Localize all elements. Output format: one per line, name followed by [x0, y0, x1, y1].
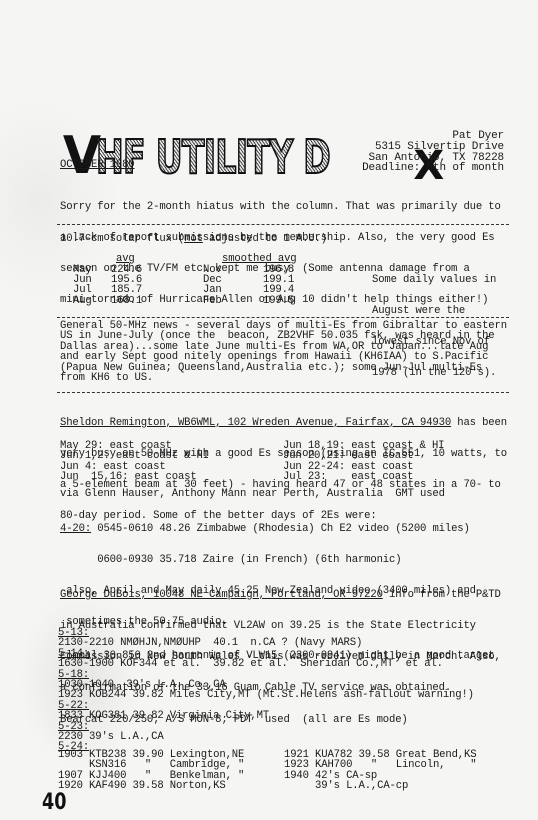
text-line: 4-20: 0545-0610 48.26 Zimbabwe (Rhodesia…	[60, 524, 495, 534]
text-line: Sheldon Remington, WB6WML, 102 Wreden Av…	[60, 418, 507, 428]
table-row: Aug168.1	[73, 296, 142, 306]
text: info from the P&TD	[383, 589, 501, 601]
contributor-address: Sheldon Remington, WB6WML, 102 Wreden Av…	[60, 417, 451, 429]
logo-middle: HF UTILITY D	[96, 136, 330, 178]
address-line: 5315 Silvertip Drive	[362, 142, 504, 153]
avg-header: avg	[116, 254, 135, 264]
text: adjusted to 1 A.U.)	[203, 233, 327, 245]
text: 10.7-cm solar flux (	[60, 233, 184, 245]
log-524-left: 1903 KTB238 39.90 Lexington,NE KSN316 " …	[58, 750, 244, 792]
solar-flux-title: 10.7-cm solar flux (not adjusted to 1 A.…	[60, 234, 327, 244]
es-days-left: May 29: east coastJun 1,2: east coast & …	[60, 441, 209, 483]
log-524-right: 1921 KUA782 39.58 Great Bend,KS1923 KAH7…	[284, 750, 476, 792]
editor-address: Pat Dyer 5315 Silvertip Drive San Antoni…	[362, 131, 504, 174]
text-line: Jul 23: east coast	[283, 472, 444, 482]
address-line: Deadline: 5th of month	[362, 163, 504, 174]
text-line: 0600-0930 35.718 Zaire (in French) (6th …	[60, 555, 495, 565]
table-row: Feb199.5	[203, 296, 294, 306]
logo-v: V	[63, 134, 96, 178]
log-entry: 1923 KOB244 39.82 Miles City,MT (Mt.St.H…	[58, 690, 474, 700]
section-divider	[57, 392, 509, 393]
general-news-paragraph: General 50-MHz news - several days of mu…	[60, 321, 507, 383]
avg-table: May224.6Jun195.6Jul185.7Aug168.1	[73, 265, 142, 306]
month-cell: Aug	[73, 296, 111, 306]
text: not	[184, 233, 203, 245]
log-entry: 1630-1900 KOF344 et al. 39.82 et al. She…	[58, 659, 474, 669]
text-line: Some daily values in	[372, 275, 496, 285]
text-line: 39's L.A.,CA-cp	[284, 781, 476, 791]
newsletter-page: V HF UTILITY D X Pat Dyer 5315 Silvertip…	[0, 0, 538, 820]
text-line: August were the	[372, 306, 496, 316]
hauser-line: via Glenn Hauser, Anthony Mann near Pert…	[60, 489, 445, 499]
text: has been	[451, 417, 507, 429]
text-line: George DuBois, 10048 NE Campaign, Portla…	[60, 590, 501, 600]
section-divider	[57, 317, 509, 318]
text-line: 1920 KAF490 39.58 Norton,KS	[58, 781, 244, 791]
log-entry: 2230 39's L.A.,CA	[58, 732, 474, 742]
issue-date: OCTOBER 1980	[60, 160, 135, 170]
smoothed-avg-header: smoothed avg	[222, 254, 297, 264]
text: 0545-0610 48.26 Zimbabwe (Rhodesia) Ch E…	[91, 523, 470, 535]
log-entries: 5-13:2130-2210 NMØHJN,NMØUHP 40.1 n.CA ?…	[58, 628, 474, 753]
es-days-right: Jun 18,19: east coast & HIJun 20,21: eas…	[283, 441, 444, 483]
log-entry: 2130-2210 NMØHJN,NMØUHP 40.1 n.CA ? (Nav…	[58, 638, 474, 648]
page-number: 40	[42, 790, 67, 815]
section-divider	[57, 224, 509, 225]
text-line: Jun 15,16: east coast	[60, 472, 209, 482]
log-date: 4-20:	[60, 523, 91, 535]
smoothed-avg-table: Nov196.8Dec199.1Jan199.4Feb199.5	[203, 265, 294, 306]
value-cell: 199.5	[263, 295, 294, 307]
text-line: from KH6 to US.	[60, 373, 507, 383]
value-cell: 168.1	[111, 295, 142, 307]
log-entry: 1833 KOG381 39.82 Virginia City,MT	[58, 711, 474, 721]
month-cell: Feb	[203, 296, 263, 306]
text-line: Sorry for the 2-month hiatus with the co…	[60, 202, 501, 212]
contributor-address: George DuBois, 10048 NE Campaign, Portla…	[60, 589, 383, 601]
